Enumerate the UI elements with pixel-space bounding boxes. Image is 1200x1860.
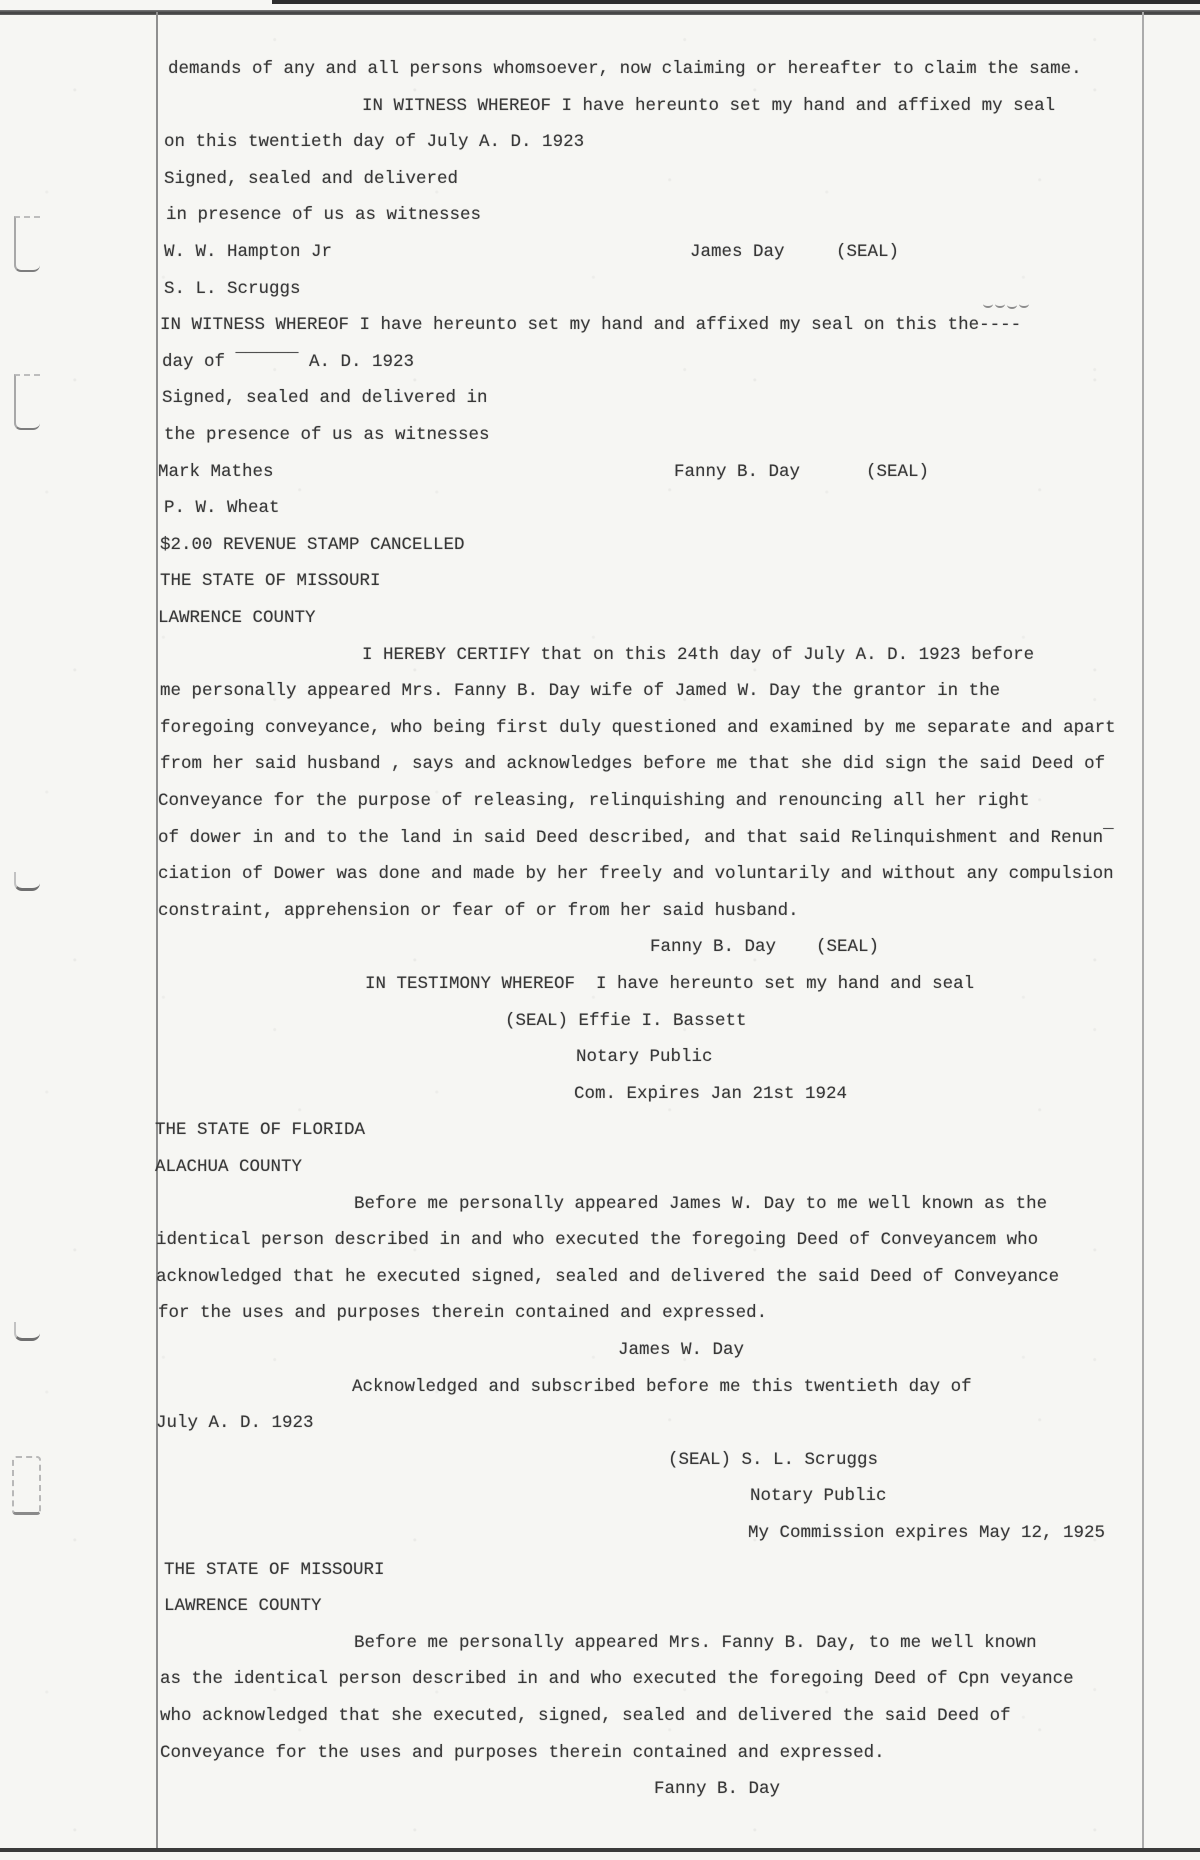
text-segment: me personally appeared Mrs. Fanny B. Day…: [160, 679, 1000, 703]
text-segment: (SEAL): [866, 460, 929, 484]
text-segment: THE STATE OF FLORIDA: [155, 1118, 365, 1142]
text-line: (SEAL) S. L. Scruggs: [0, 1448, 1200, 1474]
text-segment: Fanny B. Day: [650, 935, 776, 959]
text-segment: (SEAL): [836, 240, 899, 264]
text-line: Signed, sealed and delivered in: [0, 386, 1200, 412]
text-line: Conveyance for the uses and purposes the…: [0, 1741, 1200, 1767]
text-segment: (SEAL) Effie I. Bassett: [505, 1009, 747, 1033]
text-line: IN WITNESS WHEREOF I have hereunto set m…: [0, 313, 1200, 339]
text-segment: I HEREBY CERTIFY that on this 24th day o…: [362, 643, 1034, 667]
text-segment: the presence of us as witnesses: [164, 423, 490, 447]
text-line: demands of any and all persons whomsoeve…: [0, 57, 1200, 83]
text-line: Before me personally appeared James W. D…: [0, 1192, 1200, 1218]
text-segment: (SEAL): [816, 935, 879, 959]
text-line: (SEAL) Effie I. Bassett: [0, 1009, 1200, 1035]
text-line: Fanny B. Day: [0, 1777, 1200, 1803]
text-segment: James W. Day: [618, 1338, 744, 1362]
text-segment: Acknowledged and subscribed before me th…: [352, 1375, 972, 1399]
text-line: W. W. Hampton JrJames Day(SEAL): [0, 240, 1200, 266]
text-line: as the identical person described in and…: [0, 1667, 1200, 1693]
text-line: Before me personally appeared Mrs. Fanny…: [0, 1631, 1200, 1657]
text-segment: S. L. Scruggs: [164, 277, 301, 301]
text-line: Mark MathesFanny B. Day(SEAL): [0, 460, 1200, 486]
text-segment: Signed, sealed and delivered: [164, 167, 458, 191]
text-segment: Notary Public: [576, 1045, 713, 1069]
text-segment: Signed, sealed and delivered in: [162, 386, 488, 410]
text-segment: as the identical person described in and…: [160, 1667, 1074, 1691]
text-line: identical person described in and who ex…: [0, 1228, 1200, 1254]
text-segment: July A. D. 1923: [156, 1411, 314, 1435]
text-line: of dower in and to the land in said Deed…: [0, 826, 1200, 852]
text-line: the presence of us as witnesses: [0, 423, 1200, 449]
text-segment: LAWRENCE COUNTY: [164, 1594, 322, 1618]
text-line: July A. D. 1923: [0, 1411, 1200, 1437]
text-segment: IN WITNESS WHEREOF I have hereunto set m…: [362, 94, 1055, 118]
text-segment: foregoing conveyance, who being first du…: [160, 716, 1116, 740]
text-line: ALACHUA COUNTY: [0, 1155, 1200, 1181]
text-line: I HEREBY CERTIFY that on this 24th day o…: [0, 643, 1200, 669]
text-segment: on this twentieth day of July A. D. 1923: [164, 130, 584, 154]
text-segment: constraint, apprehension or fear of or f…: [158, 899, 799, 923]
text-segment: Conveyance for the purpose of releasing,…: [158, 789, 1030, 813]
text-segment: IN TESTIMONY WHEREOF I have hereunto set…: [365, 972, 974, 996]
text-segment: identical person described in and who ex…: [156, 1228, 1038, 1252]
text-segment: ciation of Dower was done and made by he…: [158, 862, 1114, 886]
text-line: on this twentieth day of July A. D. 1923: [0, 130, 1200, 156]
text-segment: Notary Public: [750, 1484, 887, 1508]
text-line: ciation of Dower was done and made by he…: [0, 862, 1200, 888]
text-line: Notary Public: [0, 1045, 1200, 1071]
text-line: My Commission expires May 12, 1925: [0, 1521, 1200, 1547]
text-segment: acknowledged that he executed signed, se…: [156, 1265, 1059, 1289]
text-segment: from her said husband , says and acknowl…: [160, 752, 1105, 776]
text-line: James W. Day: [0, 1338, 1200, 1364]
text-line: Notary Public: [0, 1484, 1200, 1510]
text-line: Acknowledged and subscribed before me th…: [0, 1375, 1200, 1401]
text-line: acknowledged that he executed signed, se…: [0, 1265, 1200, 1291]
text-line: day of ¯¯¯¯¯¯ A. D. 1923: [0, 350, 1200, 376]
text-line: Conveyance for the purpose of releasing,…: [0, 789, 1200, 815]
text-line: from her said husband , says and acknowl…: [0, 752, 1200, 778]
text-segment: ALACHUA COUNTY: [155, 1155, 302, 1179]
text-line: P. W. Wheat: [0, 496, 1200, 522]
text-segment: James Day: [690, 240, 785, 264]
text-line: Signed, sealed and delivered: [0, 167, 1200, 193]
text-segment: P. W. Wheat: [164, 496, 280, 520]
text-line: for the uses and purposes therein contai…: [0, 1301, 1200, 1327]
text-line: THE STATE OF FLORIDA: [0, 1118, 1200, 1144]
text-segment: THE STATE OF MISSOURI: [164, 1558, 385, 1582]
text-segment: Fanny B. Day: [654, 1777, 780, 1801]
text-line: me personally appeared Mrs. Fanny B. Day…: [0, 679, 1200, 705]
text-line: foregoing conveyance, who being first du…: [0, 716, 1200, 742]
text-segment: of dower in and to the land in said Deed…: [158, 826, 1114, 850]
text-segment: Conveyance for the uses and purposes the…: [160, 1741, 885, 1765]
text-line: Com. Expires Jan 21st 1924: [0, 1082, 1200, 1108]
text-line: THE STATE OF MISSOURI: [0, 1558, 1200, 1584]
text-line: $2.00 REVENUE STAMP CANCELLED: [0, 533, 1200, 559]
text-segment: My Commission expires May 12, 1925: [748, 1521, 1105, 1545]
text-line: in presence of us as witnesses: [0, 203, 1200, 229]
text-segment: Before me personally appeared Mrs. Fanny…: [354, 1631, 1037, 1655]
top-edge-partial-rule: [272, 0, 1200, 4]
text-line: LAWRENCE COUNTY: [0, 606, 1200, 632]
bottom-rule: [0, 1848, 1200, 1852]
text-segment: day of ¯¯¯¯¯¯ A. D. 1923: [162, 350, 414, 374]
text-segment: Mark Mathes: [158, 460, 274, 484]
text-segment: IN WITNESS WHEREOF I have hereunto set m…: [160, 313, 1021, 337]
text-segment: THE STATE OF MISSOURI: [160, 569, 381, 593]
text-line: S. L. Scruggs: [0, 277, 1200, 303]
text-segment: who acknowledged that she executed, sign…: [160, 1704, 1011, 1728]
text-segment: Com. Expires Jan 21st 1924: [574, 1082, 847, 1106]
text-segment: Before me personally appeared James W. D…: [354, 1192, 1047, 1216]
text-segment: for the uses and purposes therein contai…: [158, 1301, 767, 1325]
text-line: Fanny B. Day(SEAL): [0, 935, 1200, 961]
top-rule: [0, 10, 1200, 15]
text-segment: LAWRENCE COUNTY: [158, 606, 316, 630]
text-line: LAWRENCE COUNTY: [0, 1594, 1200, 1620]
text-segment: demands of any and all persons whomsoeve…: [168, 57, 1082, 81]
text-line: who acknowledged that she executed, sign…: [0, 1704, 1200, 1730]
text-segment: Fanny B. Day: [674, 460, 800, 484]
text-line: IN TESTIMONY WHEREOF I have hereunto set…: [0, 972, 1200, 998]
text-line: THE STATE OF MISSOURI: [0, 569, 1200, 595]
document-page: demands of any and all persons whomsoeve…: [0, 0, 1200, 1860]
text-line: IN WITNESS WHEREOF I have hereunto set m…: [0, 94, 1200, 120]
text-segment: in presence of us as witnesses: [166, 203, 481, 227]
text-segment: $2.00 REVENUE STAMP CANCELLED: [160, 533, 465, 557]
text-segment: (SEAL) S. L. Scruggs: [668, 1448, 878, 1472]
text-line: constraint, apprehension or fear of or f…: [0, 899, 1200, 925]
text-segment: W. W. Hampton Jr: [164, 240, 332, 264]
